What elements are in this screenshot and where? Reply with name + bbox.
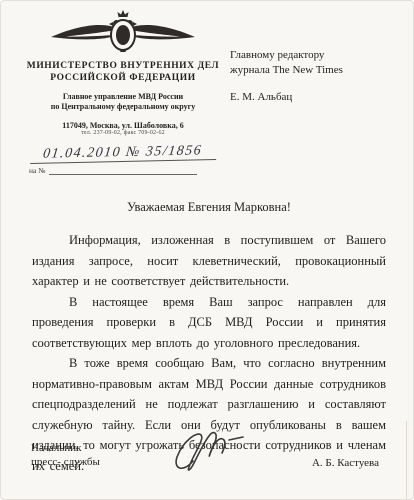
ministry-name-line2: РОССИЙСКОЙ ФЕДЕРАЦИИ [15, 72, 231, 84]
ministry-name-line1: МИНИСТЕРСТВО ВНУТРЕННИХ ДЕЛ [15, 60, 231, 72]
signer-title: Начальник пресс- службы [31, 441, 100, 469]
reference-label: на № [29, 166, 45, 175]
recipient-name: Е. М. Альбац [230, 90, 343, 105]
letterhead: МИНИСТЕРСТВО ВНУТРЕННИХ ДЕЛ РОССИЙСКОЙ Ф… [15, 9, 231, 175]
signature-block: Начальник пресс- службы А. Б. Кастуева [31, 437, 383, 487]
department-name-line1: Главное управление МВД России [15, 92, 231, 102]
mvd-eagle-emblem-icon [47, 9, 199, 57]
salutation: Уважаемая Евгения Марковна! [32, 200, 386, 215]
recipient-line1: Главному редактору [230, 48, 343, 63]
body-paragraph-2: В настоящее время Ваш запрос направлен д… [32, 292, 386, 354]
recipient-line2: журнала The New Times [230, 63, 343, 78]
phone-fax-line: тел. 237-09-02, факс 709-02-62 [15, 130, 231, 137]
signer-name: А. Б. Кастуева [312, 457, 379, 469]
scanned-letter-page: МИНИСТЕРСТВО ВНУТРЕННИХ ДЕЛ РОССИЙСКОЙ Ф… [0, 0, 414, 500]
ministry-name: МИНИСТЕРСТВО ВНУТРЕННИХ ДЕЛ РОССИЙСКОЙ Ф… [15, 60, 231, 84]
outgoing-number-line: 01.04.2010 № 35/1856 [30, 141, 216, 164]
reference-blank-underline [49, 166, 197, 175]
handwritten-outgoing-number: 01.04.2010 № 35/1856 [43, 143, 204, 162]
body-paragraph-1: Информация, изложенная в поступившем от … [32, 230, 386, 292]
department-name-line2: по Центральному федеральному округу [15, 102, 231, 112]
signer-title-line1: Начальник [31, 441, 100, 455]
handwritten-signature-icon [163, 425, 259, 477]
signer-title-line2: пресс- службы [31, 455, 100, 469]
reference-number-line: на № [15, 166, 231, 175]
department-name: Главное управление МВД России по Централ… [15, 92, 231, 112]
scan-edge-artifact [406, 421, 407, 500]
recipient-block: Главному редактору журнала The New Times… [230, 48, 343, 105]
postal-address: 117049, Москва, ул. Шаболовка, 6 [15, 121, 231, 130]
